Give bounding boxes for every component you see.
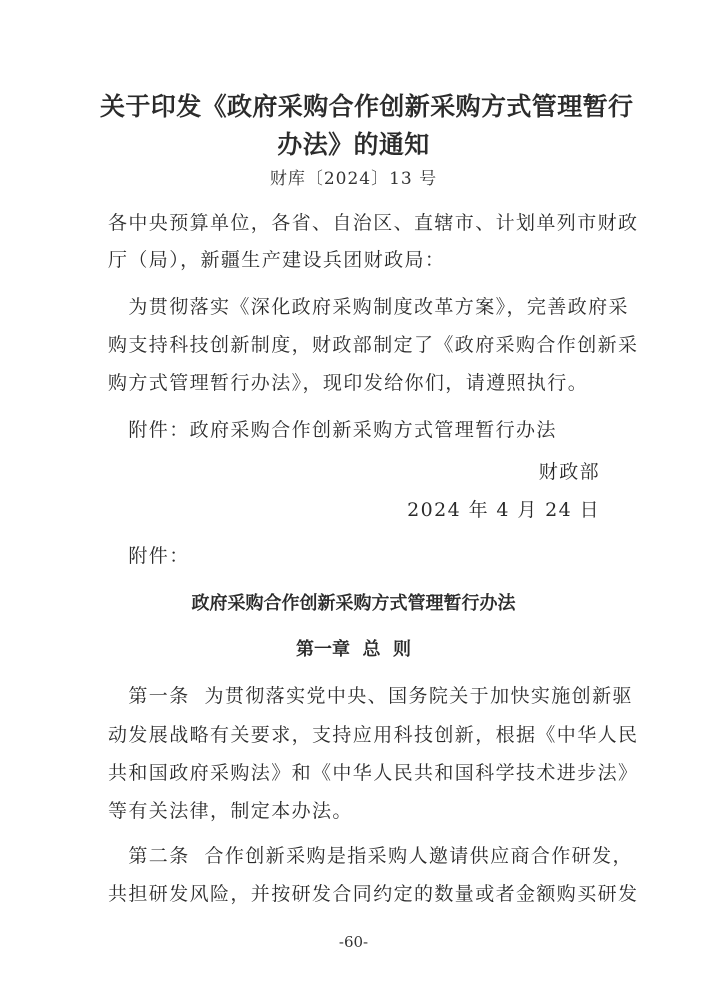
body-line-2: 购支持科技创新制度，财政部制定了《政府采购合作创新采 (108, 333, 600, 357)
article-1-line-4: 等有关法律，制定本办法。 (108, 799, 600, 823)
attachment-label: 附件： (108, 544, 600, 568)
article-1-line-2: 动发展战略有关要求，支持应用科技创新，根据《中华人民 (108, 723, 600, 747)
addressee-line-2: 厅（局），新疆生产建设兵团财政局： (108, 248, 600, 272)
chapter-title: 第一章 总 则 (100, 638, 607, 662)
issue-date: 2024 年 4 月 24 日 (108, 498, 600, 522)
body-line-3: 购方式管理暂行办法》，现印发给你们，请遵照执行。 (108, 371, 600, 395)
article-2-line-1: 第二条 合作创新采购是指采购人邀请供应商合作研发， (108, 844, 600, 868)
article-1-line-1: 第一条 为贯彻落实党中央、国务院关于加快实施创新驱 (108, 684, 600, 708)
attachment-reference: 附件：政府采购合作创新采购方式管理暂行办法 (108, 418, 600, 442)
signature: 财政部 (108, 460, 600, 484)
notice-title-line-2: 办法》的通知 (100, 128, 607, 162)
notice-title-line-1: 关于印发《政府采购合作创新采购方式管理暂行 (100, 90, 607, 124)
addressee-line-1: 各中央预算单位，各省、自治区、直辖市、计划单列市财政 (108, 211, 600, 235)
article-2-line-2: 共担研发风险，并按研发合同约定的数量或者金额购买研发 (108, 882, 600, 906)
page-number: -60- (0, 932, 707, 952)
document-number: 财库〔2024〕13 号 (100, 168, 607, 190)
annex-title: 政府采购合作创新采购方式管理暂行办法 (100, 592, 607, 616)
body-line-1: 为贯彻落实《深化政府采购制度改革方案》，完善政府采 (108, 295, 600, 319)
article-1-line-3: 共和国政府采购法》和《中华人民共和国科学技术进步法》 (108, 761, 600, 785)
